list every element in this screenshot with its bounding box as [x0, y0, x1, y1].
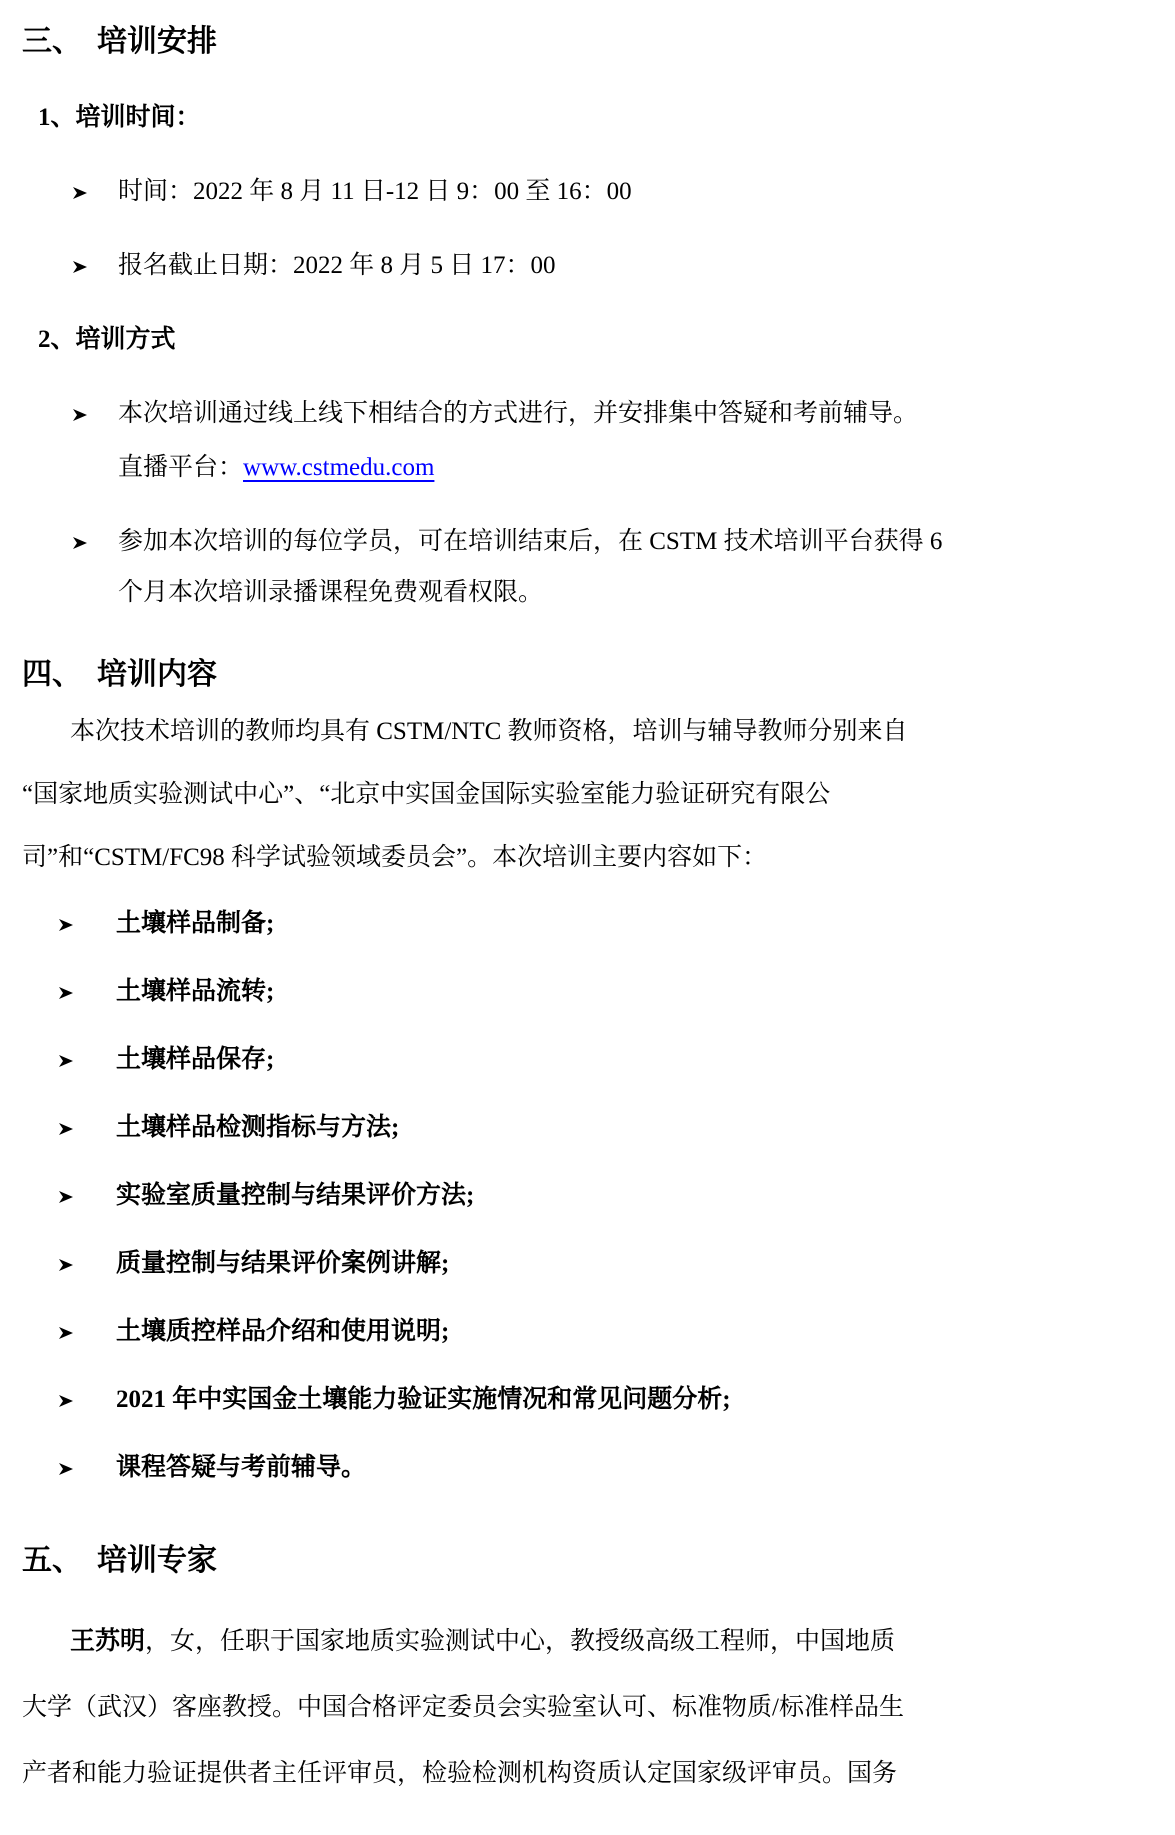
- arrowhead-right-icon: [58, 1111, 116, 1138]
- arrowhead-right-icon: [72, 399, 118, 424]
- list-item: 土壤样品制备;: [22, 907, 1153, 941]
- expert-line: 产者和能力验证提供者主任评审员，检验检测机构资质认定国家级评审员。国务: [22, 1741, 1153, 1807]
- document-page: 三、 培训安排 1、培训时间： 时间：2022 年 8 月 11 日-12 日 …: [0, 0, 1175, 1835]
- list-item: 土壤质控样品介绍和使用说明;: [22, 1315, 1153, 1349]
- expert-line: 王苏明，女，任职于国家地质实验测试中心，教授级高级工程师，中国地质: [22, 1609, 1153, 1675]
- list-item-text: 土壤样品检测指标与方法;: [116, 1111, 399, 1145]
- expert-name: 王苏明: [70, 1628, 145, 1655]
- arrowhead-right-icon: [58, 1383, 116, 1410]
- arrowhead-right-icon: [58, 1179, 116, 1206]
- intro-line: “国家地质实验测试中心”、“北京中实国金国际实验室能力验证研究有限公: [22, 763, 1153, 826]
- registration-deadline-text: 报名截止日期：2022 年 8 月 5 日 17：00: [118, 251, 556, 281]
- expert-line1-rest: ，女，任职于国家地质实验测试中心，教授级高级工程师，中国地质: [145, 1628, 895, 1655]
- arrowhead-right-icon: [58, 907, 116, 934]
- bullet-training-method: 本次培训通过线上线下相结合的方式进行，并安排集中答疑和考前辅导。 直播平台：ww…: [22, 399, 1153, 483]
- replay-access-line1: 参加本次培训的每位学员，可在培训结束后，在 CSTM 技术培训平台获得 6: [118, 527, 942, 557]
- list-item-text: 实验室质量控制与结果评价方法;: [116, 1179, 474, 1213]
- arrowhead-right-icon: [72, 251, 118, 276]
- arrowhead-right-icon: [58, 1451, 116, 1478]
- list-item: 土壤样品流转;: [22, 975, 1153, 1009]
- list-item-text: 土壤样品流转;: [116, 975, 274, 1009]
- training-method-line1: 本次培训通过线上线下相结合的方式进行，并安排集中答疑和考前辅导。: [118, 399, 918, 429]
- list-item: 土壤样品保存;: [22, 1043, 1153, 1077]
- list-item: 实验室质量控制与结果评价方法;: [22, 1179, 1153, 1213]
- bullet-replay-access: 参加本次培训的每位学员，可在培训结束后，在 CSTM 技术培训平台获得 6 个月…: [22, 527, 1153, 608]
- section-heading-training-content: 四、 培训内容: [22, 658, 1153, 692]
- intro-line: 本次技术培训的教师均具有 CSTM/NTC 教师资格，培训与辅导教师分别来自: [22, 700, 1153, 763]
- training-content-list: 土壤样品制备; 土壤样品流转; 土壤样品保存; 土壤样品检测指标与方法; 实验室…: [22, 907, 1153, 1485]
- live-platform-label: 直播平台：: [118, 454, 243, 481]
- live-platform-link[interactable]: www.cstmedu.com: [243, 454, 434, 481]
- subheading-training-time: 1、培训时间：: [38, 103, 1153, 133]
- list-item-text: 土壤样品保存;: [116, 1043, 274, 1077]
- training-content-intro: 本次技术培训的教师均具有 CSTM/NTC 教师资格，培训与辅导教师分别来自 “…: [22, 700, 1153, 889]
- arrowhead-right-icon: [72, 177, 118, 202]
- list-item-text: 课程答疑与考前辅导。: [116, 1451, 366, 1485]
- arrowhead-right-icon: [58, 975, 116, 1002]
- expert-line: 大学（武汉）客座教授。中国合格评定委员会实验室认可、标准物质/标准样品生: [22, 1675, 1153, 1741]
- section-heading-training-arrangement: 三、 培训安排: [22, 25, 1153, 59]
- list-item-text: 土壤样品制备;: [116, 907, 274, 941]
- list-item: 土壤样品检测指标与方法;: [22, 1111, 1153, 1145]
- list-item: 2021 年中实国金土壤能力验证实施情况和常见问题分析;: [22, 1383, 1153, 1417]
- subheading-training-method: 2、培训方式: [38, 325, 1153, 355]
- intro-line: 司”和“CSTM/FC98 科学试验领域委员会”。本次培训主要内容如下：: [22, 826, 1153, 889]
- list-item: 质量控制与结果评价案例讲解;: [22, 1247, 1153, 1281]
- arrowhead-right-icon: [58, 1315, 116, 1342]
- training-method-line2: 直播平台：www.cstmedu.com: [118, 453, 918, 483]
- expert-bio: 王苏明，女，任职于国家地质实验测试中心，教授级高级工程师，中国地质 大学（武汉）…: [22, 1609, 1153, 1807]
- bullet-registration-deadline: 报名截止日期：2022 年 8 月 5 日 17：00: [22, 251, 1153, 281]
- arrowhead-right-icon: [58, 1247, 116, 1274]
- list-item-text: 2021 年中实国金土壤能力验证实施情况和常见问题分析;: [116, 1383, 731, 1417]
- bullet-training-time: 时间：2022 年 8 月 11 日-12 日 9：00 至 16：00: [22, 177, 1153, 207]
- section-heading-training-experts: 五、 培训专家: [22, 1544, 1153, 1578]
- arrowhead-right-icon: [58, 1043, 116, 1070]
- replay-access-line2: 个月本次培训录播课程免费观看权限。: [118, 578, 942, 608]
- list-item-text: 土壤质控样品介绍和使用说明;: [116, 1315, 449, 1349]
- arrowhead-right-icon: [72, 527, 118, 552]
- list-item-text: 质量控制与结果评价案例讲解;: [116, 1247, 449, 1281]
- list-item: 课程答疑与考前辅导。: [22, 1451, 1153, 1485]
- training-time-text: 时间：2022 年 8 月 11 日-12 日 9：00 至 16：00: [118, 177, 632, 207]
